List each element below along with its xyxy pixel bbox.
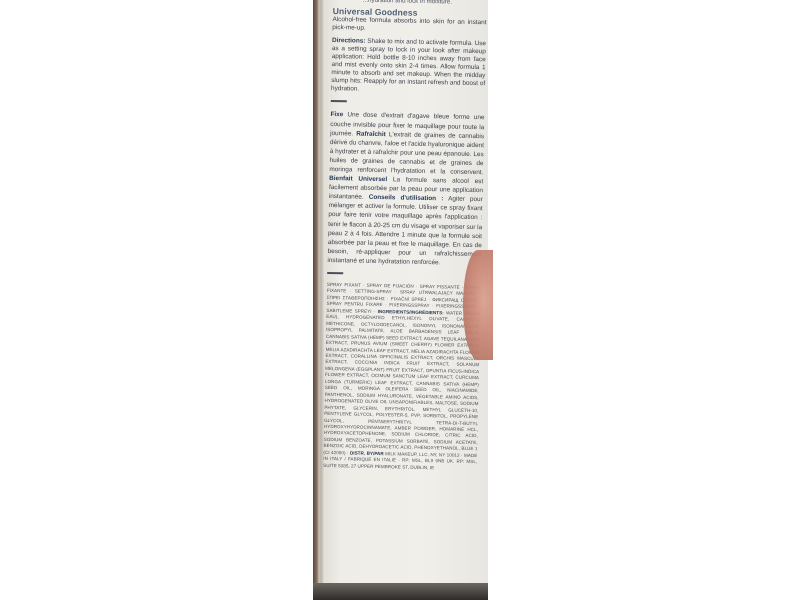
label-text: ...hydration and lock in moisture. Unive… <box>323 0 487 472</box>
surface-shadow <box>313 583 488 600</box>
directions-label: Directions: <box>332 37 366 45</box>
ingredients-block: SPRAY FIXANT · SPRAY DE FIJACIÓN · SPRAY… <box>323 282 481 472</box>
ingredients-list: WATER (AQUA, EAU), HYDROGENATED ETHYLHEX… <box>323 310 480 455</box>
french-paragraph: Fixe Une dose d'extrait d'agave bleue fo… <box>327 110 484 268</box>
distr-label: DISTR. BY/PAR <box>350 450 384 456</box>
rafraichit-text: L'extrait de graines de cannabis dérivé … <box>329 131 484 176</box>
conseils-text: Agiter pour mélanger et activer la formu… <box>327 196 482 267</box>
divider <box>331 100 347 102</box>
universal-goodness-text: Alcohol-free formula absorbs into skin f… <box>332 16 486 35</box>
bienfait-label: Bienfait Universel <box>329 175 387 183</box>
ingredients-label: INGREDIENTS/INGRÉDIENTS: <box>378 309 444 315</box>
conseils-label: Conseils d'utilisation : <box>369 194 444 203</box>
directions-paragraph: Directions: Shake to mix and to activate… <box>331 37 486 97</box>
directions-text: Shake to mix and to activate formula. Us… <box>331 38 486 93</box>
product-box-photo: ...hydration and lock in moisture. Unive… <box>313 0 488 600</box>
fixe-label: Fixe <box>330 111 343 118</box>
fingertip <box>463 250 493 360</box>
divider <box>327 272 343 274</box>
rafraichit-label: Rafraîchit <box>356 130 386 138</box>
